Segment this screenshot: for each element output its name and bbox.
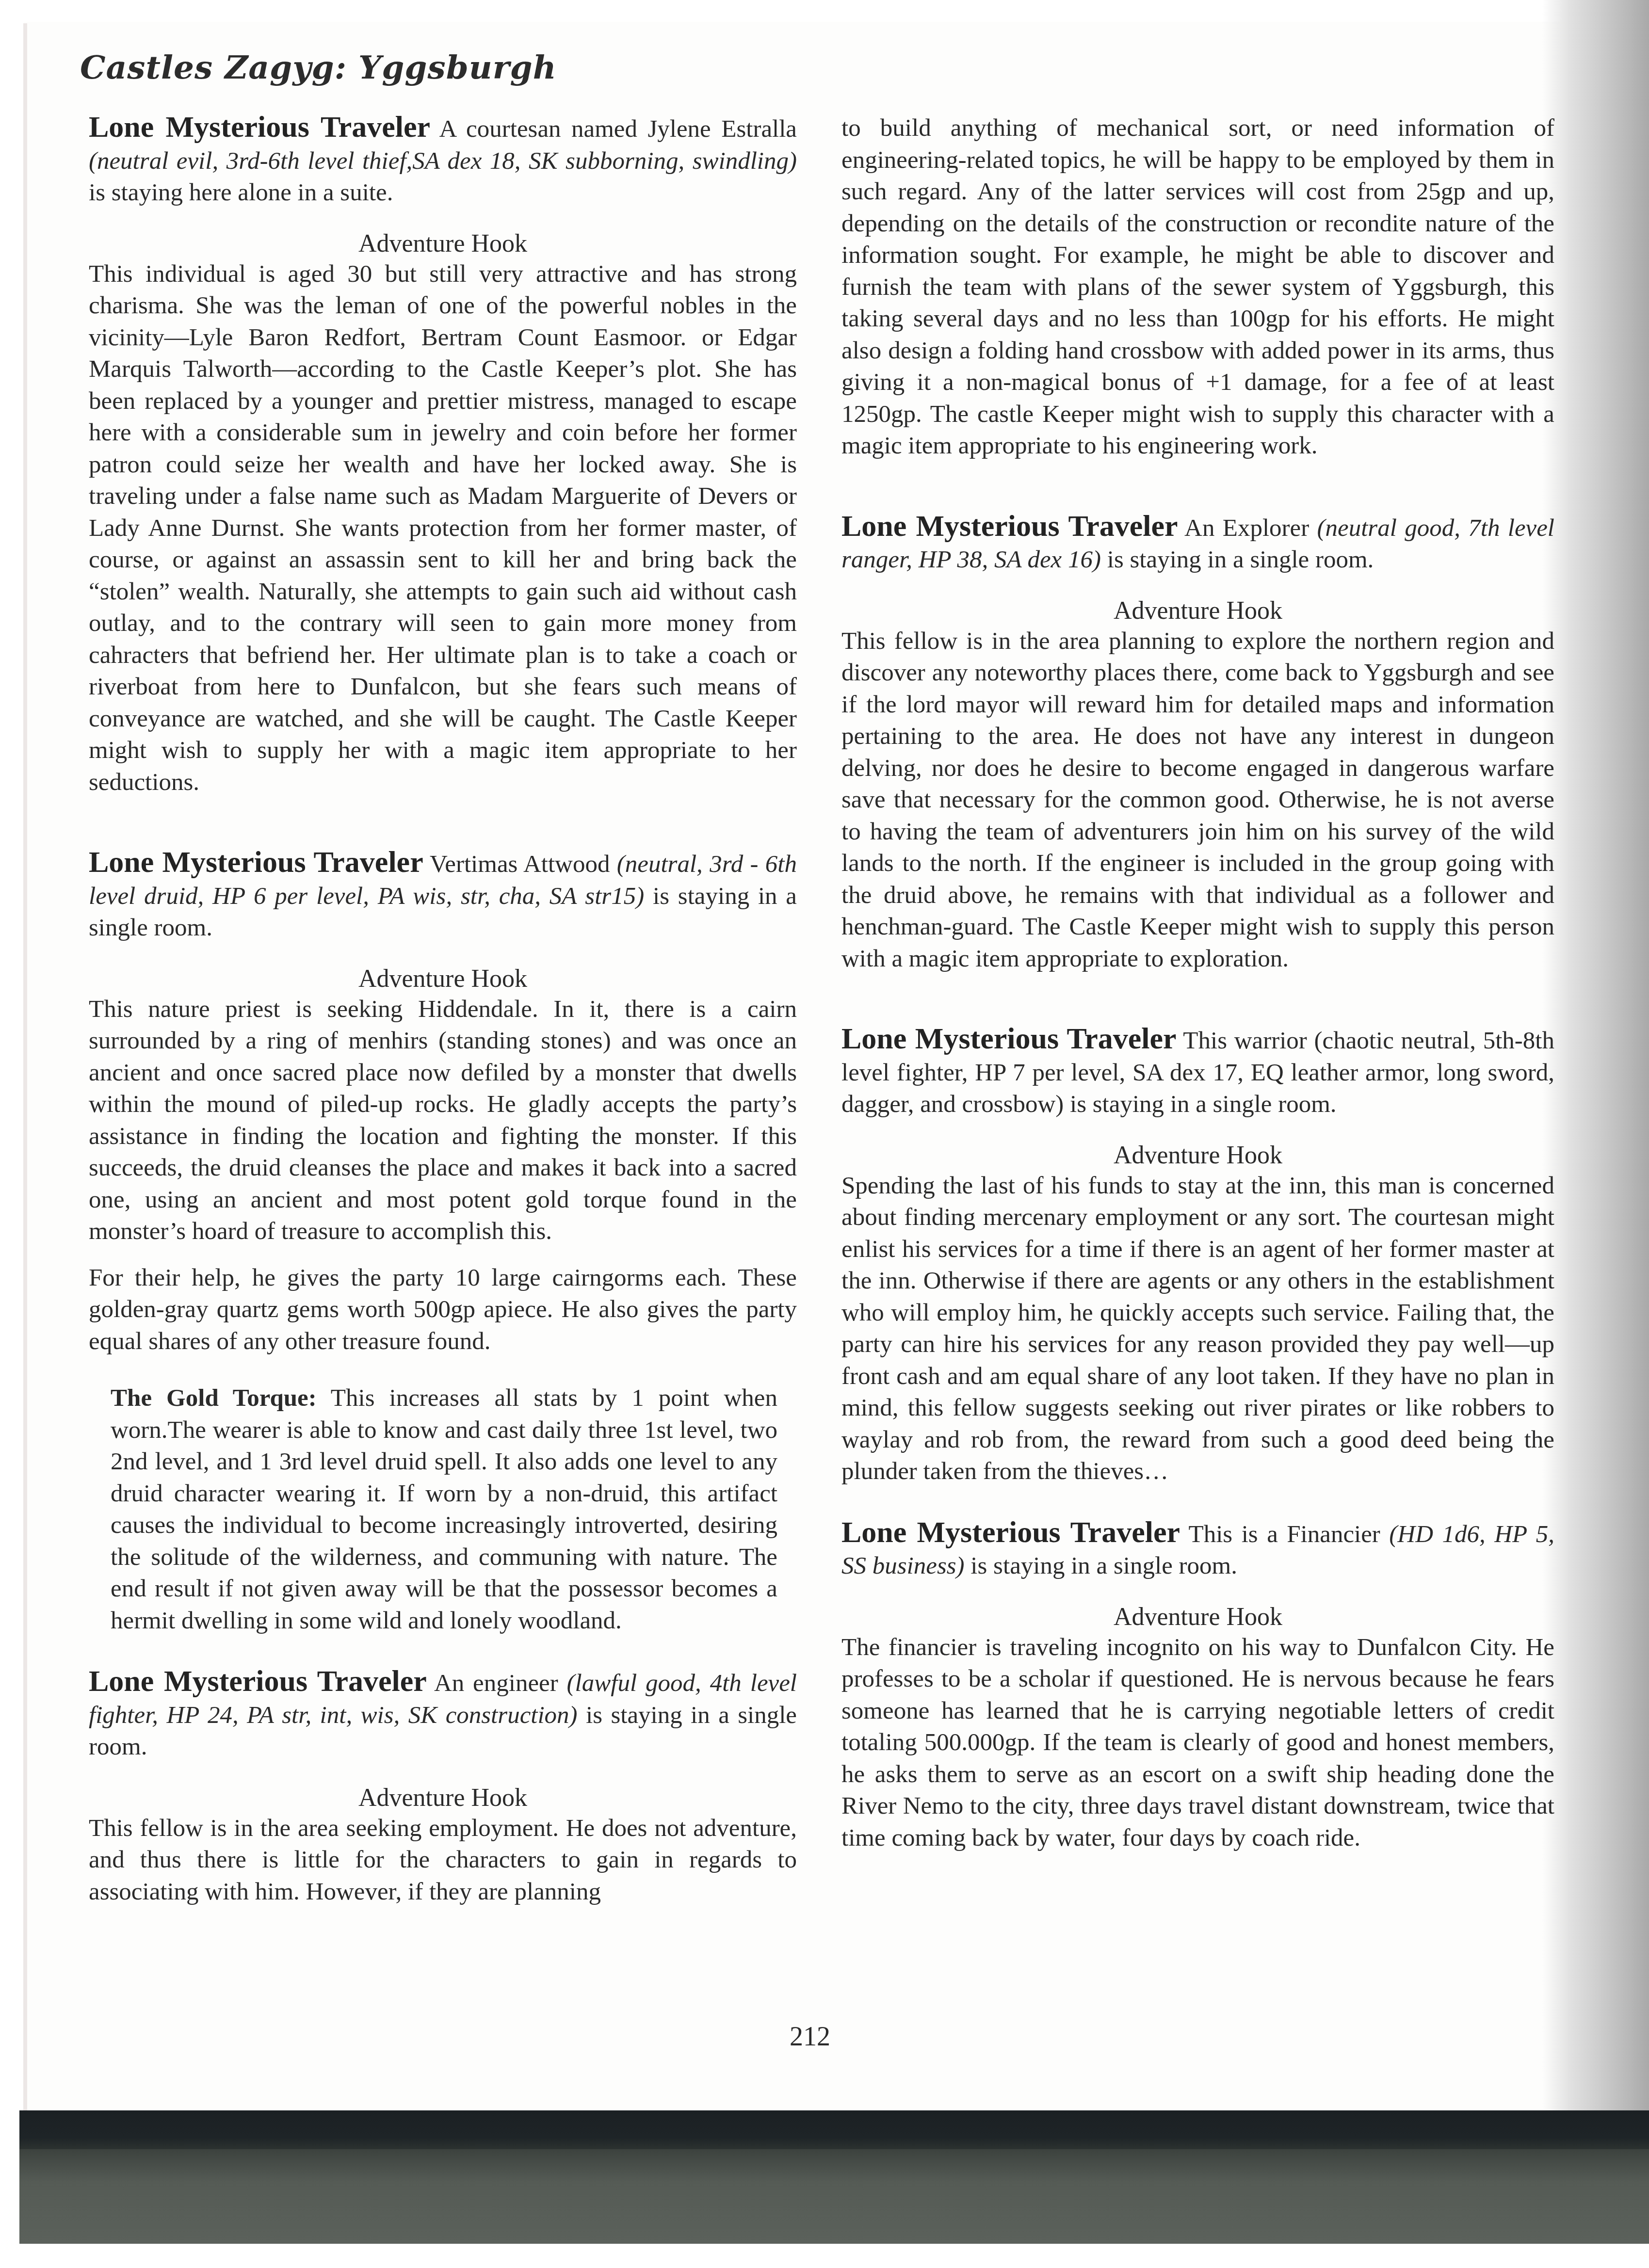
entry-intro: Lone Mysterious Traveler Vertimas Attwoo…	[89, 847, 797, 944]
entry-courtesan: Lone Mysterious Traveler A courtesan nam…	[89, 112, 797, 798]
entry-heading: Lone Mysterious Traveler	[841, 1516, 1180, 1549]
entry-warrior: Lone Mysterious Traveler This warrior (c…	[841, 1023, 1554, 1488]
entry-heading: Lone Mysterious Traveler	[841, 510, 1178, 543]
entry-intro: Lone Mysterious Traveler This warrior (c…	[841, 1023, 1554, 1121]
reward-text: For their help, he gives the party 10 la…	[89, 1262, 797, 1358]
adventure-hook-heading: Adventure Hook	[841, 1141, 1554, 1170]
spacer	[841, 462, 1554, 511]
engineer-hook-continued: to build anything of mechanical sort, or…	[841, 113, 1554, 462]
entry-heading: Lone Mysterious Traveler	[89, 846, 423, 879]
adventure-hook-heading: Adventure Hook	[89, 229, 797, 258]
artifact-box: The Gold Torque: This increases all stat…	[111, 1383, 777, 1637]
entry-explorer: Lone Mysterious Traveler An Explorer (ne…	[841, 511, 1554, 975]
adventure-hook-text: This individual is aged 30 but still ver…	[89, 258, 797, 799]
adventure-hook-heading: Adventure Hook	[841, 1603, 1554, 1632]
entry-heading: Lone Mysterious Traveler	[89, 111, 430, 144]
artifact-text: This increases all stats by 1 point when…	[111, 1384, 777, 1634]
running-head: Castles Zagyg: Yggsburgh	[80, 48, 557, 86]
entry-druid: Lone Mysterious Traveler Vertimas Attwoo…	[89, 847, 797, 1637]
scanner-edge-gray	[19, 2149, 1649, 2244]
entry-intro: Lone Mysterious Traveler This is a Finan…	[841, 1517, 1554, 1582]
adventure-hook-text: The financier is traveling incognito on …	[841, 1632, 1554, 1854]
entry-engineer: Lone Mysterious Traveler An engineer (la…	[89, 1666, 797, 1908]
spacer	[841, 975, 1554, 1023]
spine-shadow	[1542, 0, 1649, 2134]
entry-financier: Lone Mysterious Traveler This is a Finan…	[841, 1517, 1554, 1854]
adventure-hook-text: This fellow is in the area seeking emplo…	[89, 1813, 797, 1908]
page-edge	[23, 23, 27, 2118]
adventure-hook-text: This nature priest is seeking Hiddendale…	[89, 994, 797, 1248]
entry-intro: Lone Mysterious Traveler An engineer (la…	[89, 1666, 797, 1763]
adventure-hook-heading: Adventure Hook	[89, 965, 797, 994]
adventure-hook-heading: Adventure Hook	[841, 596, 1554, 626]
entry-intro: Lone Mysterious Traveler A courtesan nam…	[89, 112, 797, 209]
artifact-name: The Gold Torque:	[111, 1384, 317, 1412]
left-column: Lone Mysterious Traveler A courtesan nam…	[89, 112, 797, 1908]
spacer	[89, 798, 797, 847]
scanner-edge-dark	[19, 2110, 1649, 2149]
right-column: to build anything of mechanical sort, or…	[841, 113, 1554, 1854]
spacer	[89, 1248, 797, 1262]
spacer	[841, 1488, 1554, 1517]
adventure-hook-heading: Adventure Hook	[89, 1784, 797, 1813]
page-number: 212	[790, 2021, 830, 2052]
entry-intro: Lone Mysterious Traveler An Explorer (ne…	[841, 511, 1554, 576]
entry-heading: Lone Mysterious Traveler	[89, 1665, 427, 1698]
adventure-hook-text: This fellow is in the area planning to e…	[841, 626, 1554, 975]
stat-block: (neutral evil, 3rd-6th level thief,SA de…	[89, 147, 797, 175]
adventure-hook-text: Spending the last of his funds to stay a…	[841, 1170, 1554, 1488]
spacer	[89, 1637, 797, 1666]
entry-heading: Lone Mysterious Traveler	[841, 1022, 1176, 1055]
